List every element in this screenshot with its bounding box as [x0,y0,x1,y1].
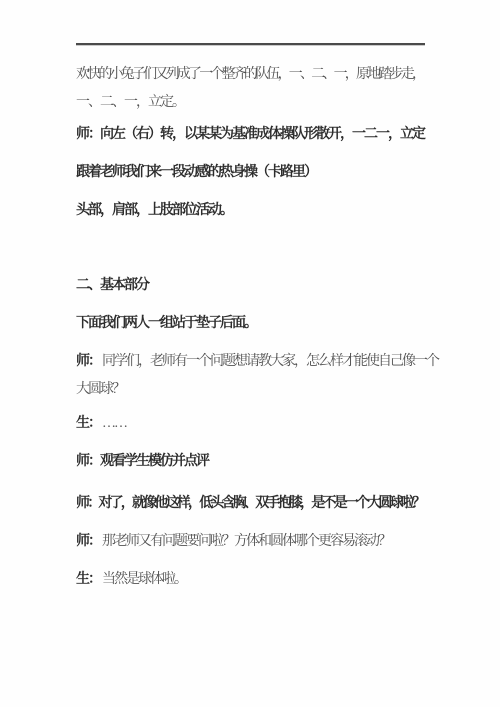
speaker-label-student: 生： [76,572,100,587]
student-reply-ellipsis: 生：…… [76,410,456,438]
divider-line [76,43,425,46]
document-page: 欢快的小兔子们又列成了一个整齐的队伍，一、二、一，原地踏步走， 一、二、一，立定… [0,0,500,707]
text-line: 师：那老师又有问题要问啦？方体和圆体哪个更容易滚动？ [76,528,456,556]
text-line: 师：对了，就像他这样，低头含胸、双手抱膝，是不是一个大圆球啦？ [76,490,456,518]
speaker-label-teacher: 师： [76,534,100,549]
text-line: 师：向左（右）转，以某某为基准成体操队形散开，一二一，立定 [76,121,456,149]
text-line: 跟着老师我们来一段动感的热身操（卡路里） [76,159,456,187]
text-line: 大圆球？ [76,376,456,404]
warmup-body-parts: 头部，肩部，上肢部位活动。 [76,197,456,225]
text-segment: …… [102,416,126,431]
heading-text: 二、基本部分 [76,272,456,300]
text-line: 一、二、一，立定。 [76,89,456,117]
text-line: 头部，肩部，上肢部位活动。 [76,197,456,225]
teacher-instruction-turn: 师：向左（右）转，以某某为基准成体操队形散开，一二一，立定 [76,121,456,149]
text-segment: 那老师又有问题要问啦？方体和圆体哪个更容易滚动？ [102,534,390,549]
teacher-observe-comment: 师：观看学生模仿并点评 [76,448,456,476]
teacher-question-ball: 师：同学们，老师有一个问题想请教大家，怎么样才能使自己像一个 大圆球？ [76,348,456,404]
paragraph-rabbits-march: 欢快的小兔子们又列成了一个整齐的队伍，一、二、一，原地踏步走， 一、二、一，立定… [76,61,456,117]
instruction-stand-behind-mat: 下面我们两人一组站于垫子后面。 [76,310,456,338]
text-line: 师：观看学生模仿并点评 [76,448,456,476]
text-line: 生：…… [76,410,456,438]
teacher-demo-feedback: 师：对了，就像他这样，低头含胸、双手抱膝，是不是一个大圆球啦？ [76,490,456,518]
text-segment: 同学们，老师有一个问题想请教大家，怎么样才能使自己像一个 [102,354,438,369]
section-heading-basic-part: 二、基本部分 [76,272,456,300]
text-line: 师：同学们，老师有一个问题想请教大家，怎么样才能使自己像一个 [76,348,456,376]
speaker-label-student: 生： [76,416,100,431]
teacher-warmup-intro: 跟着老师我们来一段动感的热身操（卡路里） [76,159,456,187]
student-answer-sphere: 生：当然是球体啦。 [76,566,456,594]
text-line: 欢快的小兔子们又列成了一个整齐的队伍，一、二、一，原地踏步走， [76,61,456,89]
speaker-label-teacher: 师： [76,354,100,369]
document-content: 欢快的小兔子们又列成了一个整齐的队伍，一、二、一，原地踏步走， 一、二、一，立定… [76,61,456,594]
text-segment: 当然是球体啦。 [102,572,186,587]
text-line: 下面我们两人一组站于垫子后面。 [76,310,456,338]
teacher-question-rolling: 师：那老师又有问题要问啦？方体和圆体哪个更容易滚动？ [76,528,456,556]
text-line: 生：当然是球体啦。 [76,566,456,594]
